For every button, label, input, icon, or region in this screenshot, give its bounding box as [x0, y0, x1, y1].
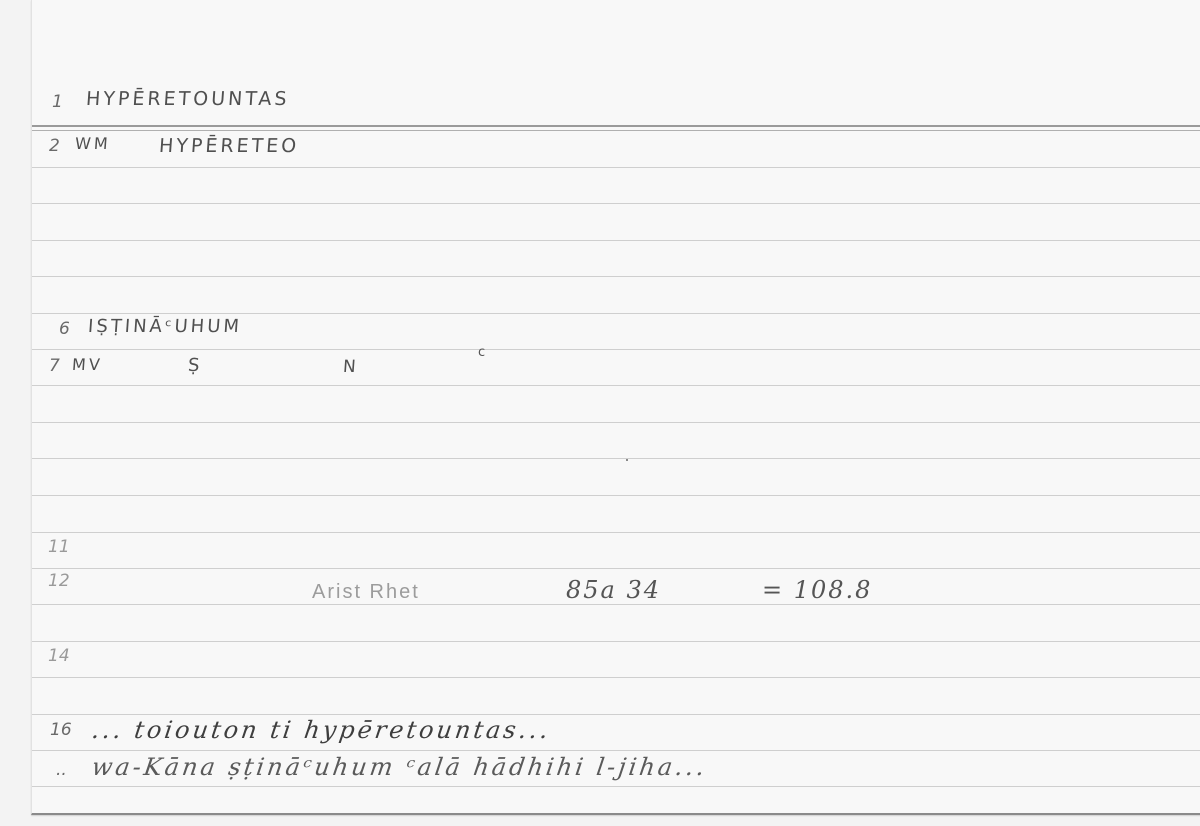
ruled-line	[32, 714, 1200, 715]
greek-context-quote: ... toiouton ti hypēretountas...	[90, 718, 552, 742]
arabic-context-quote: wa-Kāna ṣṭināᶜuhum ᶜalā hādhihi l-jiha..…	[90, 755, 709, 779]
line-number-2: 2	[49, 138, 60, 155]
source-reference: 85a 34	[566, 578, 661, 602]
ruled-line	[32, 641, 1200, 642]
line-number-16: 16	[50, 722, 72, 739]
line-number-7: 7	[49, 358, 60, 375]
mv-label: MV	[71, 357, 103, 373]
ruled-line	[32, 458, 1200, 459]
header-rule-secondary	[32, 130, 1200, 131]
line-number-6: 6	[59, 321, 70, 338]
wm-label: WM	[74, 136, 111, 152]
ruled-line	[32, 276, 1200, 277]
ruled-line	[32, 167, 1200, 168]
ruled-line	[32, 786, 1200, 787]
ruled-line	[32, 385, 1200, 386]
ink-speck	[626, 459, 628, 461]
source-stamp: Arist Rhet	[312, 582, 420, 602]
ruled-line	[32, 677, 1200, 678]
ruled-line	[32, 240, 1200, 241]
ruled-line	[32, 422, 1200, 423]
edition-equivalent: = 108.8	[762, 578, 872, 602]
line-number-14: 14	[48, 648, 70, 665]
header-rule	[32, 125, 1200, 127]
ruled-line	[32, 313, 1200, 314]
root-mark-c: c	[478, 346, 485, 359]
line-number-1: 1	[52, 94, 63, 111]
arabic-headword: IṢṬINĀᶜUHUM	[87, 318, 242, 336]
root-mark-s: Ṣ	[187, 357, 203, 375]
ruled-line	[32, 495, 1200, 496]
ruled-line	[32, 532, 1200, 533]
ruled-line	[32, 349, 1200, 350]
ruled-line	[32, 750, 1200, 751]
line-number-11: 11	[48, 539, 70, 556]
index-card: 1 HYPĒRETOUNTAS 2 WM HYPĒRETEO 6 IṢṬINĀᶜ…	[31, 0, 1200, 815]
ellipsis-prefix: ..	[56, 762, 67, 779]
ruled-line	[32, 203, 1200, 204]
greek-headword: HYPĒRETOUNTAS	[85, 90, 290, 109]
line-number-12: 12	[48, 573, 70, 590]
scanned-card-image: 1 HYPĒRETOUNTAS 2 WM HYPĒRETEO 6 IṢṬINĀᶜ…	[0, 0, 1200, 826]
root-mark-n: N	[342, 359, 359, 376]
greek-lemma: HYPĒRETEO	[158, 137, 299, 156]
ruled-line	[32, 604, 1200, 605]
ruled-line	[32, 568, 1200, 569]
